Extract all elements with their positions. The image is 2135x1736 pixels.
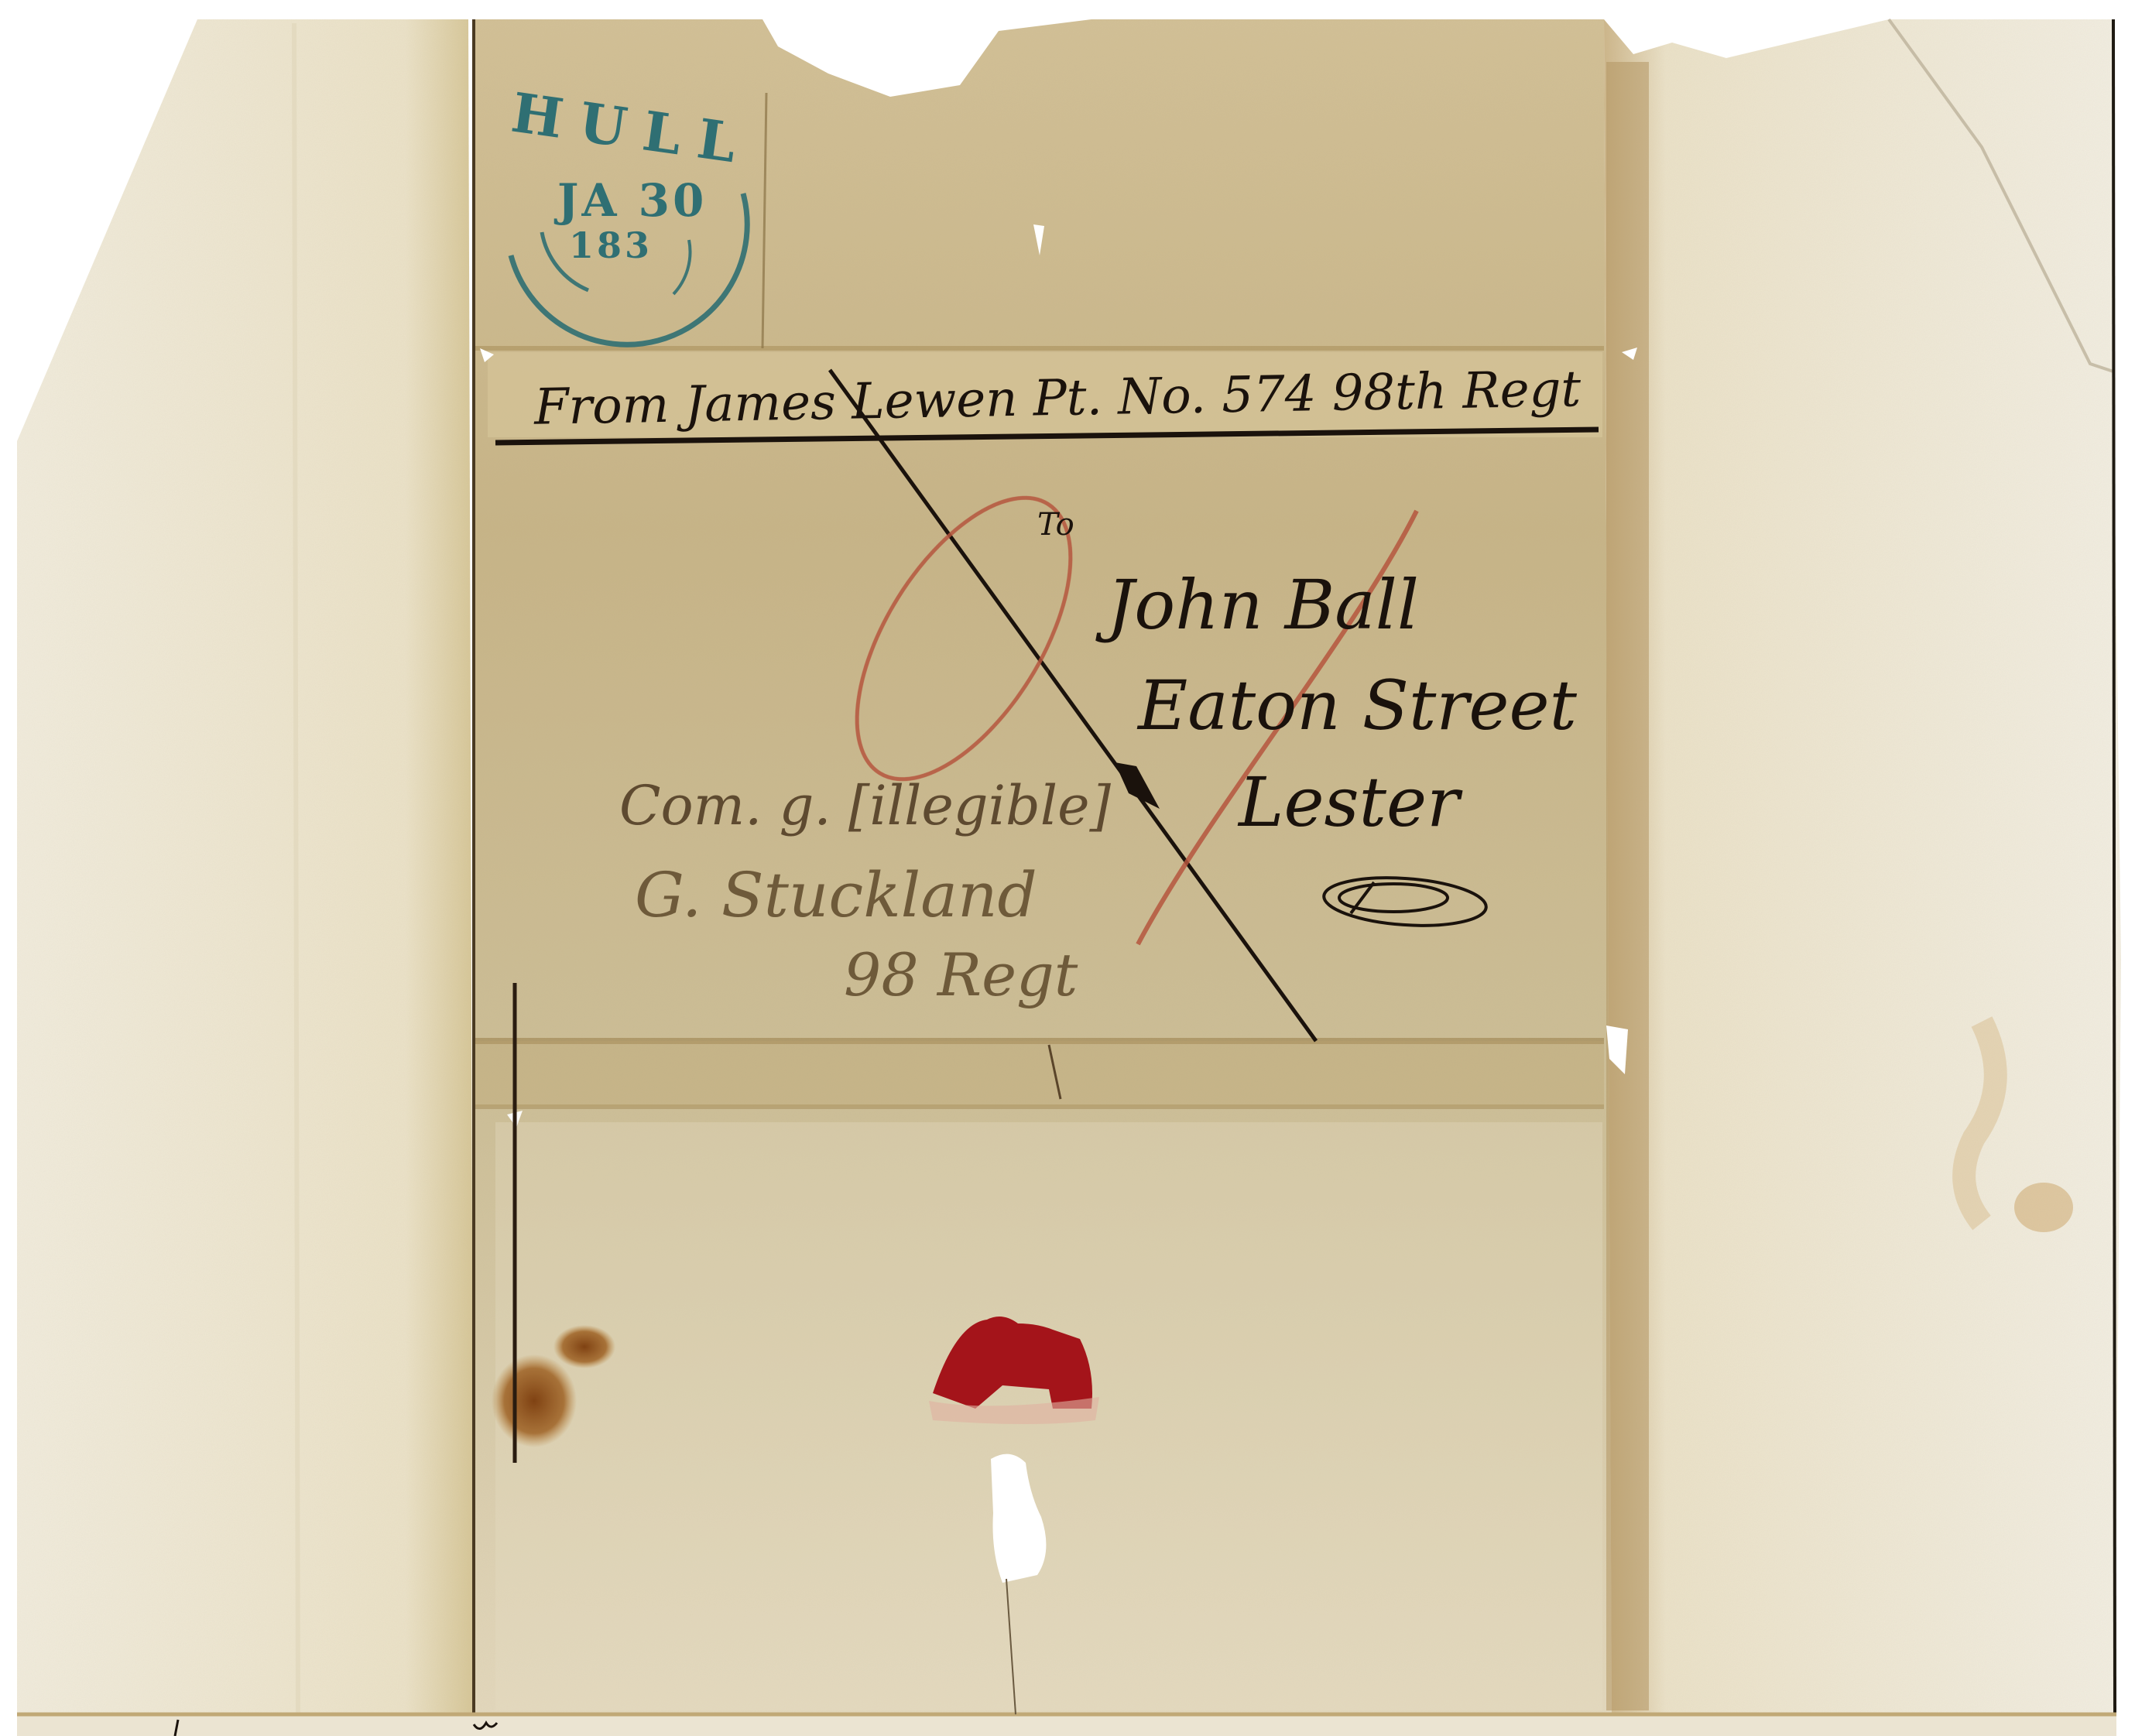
address-street: Eaton Street bbox=[1138, 666, 1577, 745]
postmark-year: 183 bbox=[569, 224, 653, 266]
address-name: John Ball bbox=[1107, 565, 1419, 645]
frank-signature-line3: 98 Regt bbox=[844, 940, 1078, 1009]
address-town: Lester bbox=[1239, 762, 1459, 842]
left-flap bbox=[17, 19, 474, 1714]
address-salutation: To bbox=[1037, 507, 1074, 543]
frank-signature-line2: G. Stuckland bbox=[635, 859, 1037, 931]
right-flap bbox=[1604, 19, 2121, 1714]
frank-signature-line1: Com. g. [illegible] bbox=[619, 774, 1111, 837]
postmark-date: JA 30 bbox=[557, 174, 707, 227]
bottom-fold-strip bbox=[17, 1714, 2116, 1736]
letter-scan bbox=[0, 0, 2135, 1736]
